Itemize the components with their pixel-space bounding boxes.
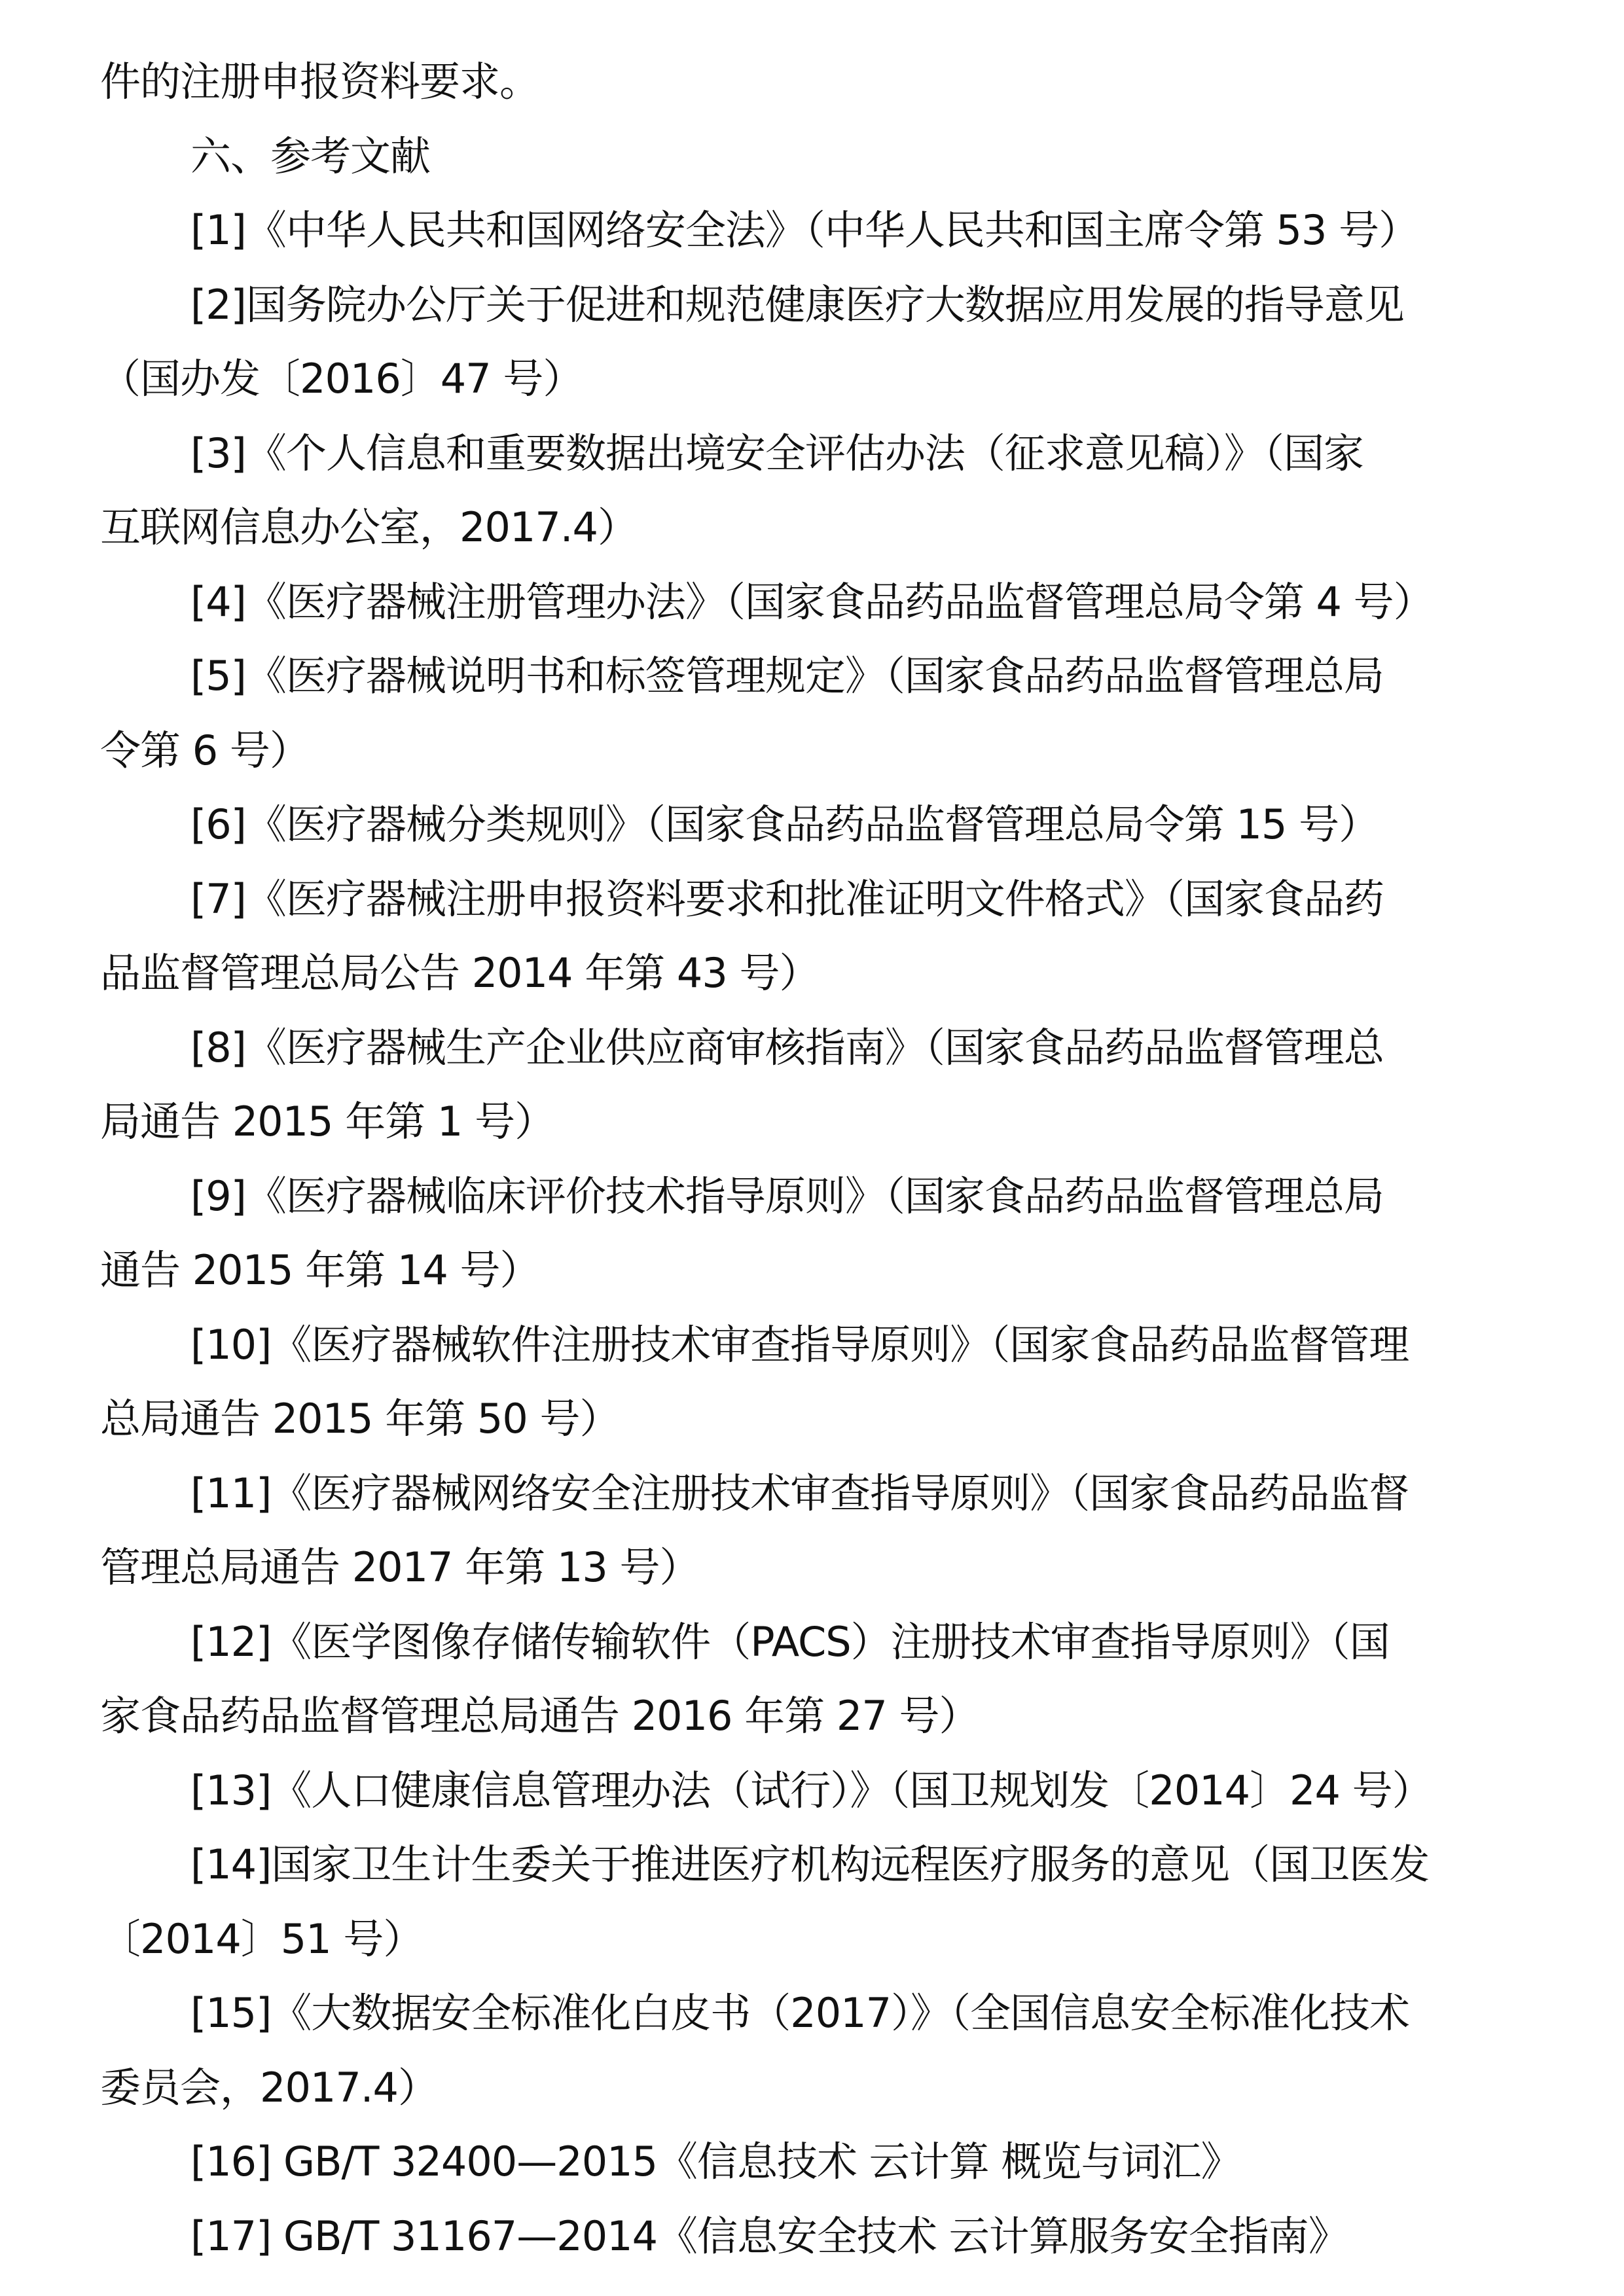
reference-3-cont: 互联网信息办公室，2017.4） <box>100 490 1540 565</box>
reference-9-cont: 通告 2015 年第 14 号） <box>100 1233 1540 1308</box>
reference-14-cont: 〔2014〕51 号） <box>100 1902 1540 1977</box>
reference-13: [13]《人口健康信息管理办法（试行）》（国卫规划发〔2014〕24 号） <box>100 1753 1540 1828</box>
document-page: 件的注册申报资料要求。 六、参考文献 [1]《中华人民共和国网络安全法》（中华人… <box>100 45 1540 2273</box>
reference-1: [1]《中华人民共和国网络安全法》（中华人民共和国主席令第 53 号） <box>100 193 1540 268</box>
reference-10: [10]《医疗器械软件注册技术审查指导原则》（国家食品药品监督管理 <box>100 1308 1540 1382</box>
reference-11-cont: 管理总局通告 2017 年第 13 号） <box>100 1530 1540 1605</box>
reference-10-cont: 总局通告 2015 年第 50 号） <box>100 1382 1540 1456</box>
reference-12-cont: 家食品药品监督管理总局通告 2016 年第 27 号） <box>100 1679 1540 1753</box>
reference-15: [15]《大数据安全标准化白皮书（2017）》（全国信息安全标准化技术 <box>100 1976 1540 2051</box>
reference-12: [12]《医学图像存储传输软件（PACS）注册技术审查指导原则》（国 <box>100 1605 1540 1679</box>
section-heading-references: 六、参考文献 <box>100 119 1540 194</box>
reference-8-cont: 局通告 2015 年第 1 号） <box>100 1085 1540 1159</box>
reference-4: [4]《医疗器械注册管理办法》（国家食品药品监督管理总局令第 4 号） <box>100 565 1540 639</box>
reference-11: [11]《医疗器械网络安全注册技术审查指导原则》（国家食品药品监督 <box>100 1456 1540 1531</box>
reference-16: [16] GB/T 32400—2015《信息技术 云计算 概览与词汇》 <box>100 2125 1540 2199</box>
reference-2-cont: （国办发〔2016〕47 号） <box>100 342 1540 416</box>
reference-7-cont: 品监督管理总局公告 2014 年第 43 号） <box>100 936 1540 1011</box>
reference-9: [9]《医疗器械临床评价技术指导原则》（国家食品药品监督管理总局 <box>100 1159 1540 1234</box>
reference-8: [8]《医疗器械生产企业供应商审核指南》（国家食品药品监督管理总 <box>100 1011 1540 1085</box>
paragraph-continuation: 件的注册申报资料要求。 <box>100 45 1540 119</box>
reference-5: [5]《医疗器械说明书和标签管理规定》（国家食品药品监督管理总局 <box>100 639 1540 713</box>
reference-15-cont: 委员会，2017.4） <box>100 2051 1540 2125</box>
reference-3: [3]《个人信息和重要数据出境安全评估办法（征求意见稿）》（国家 <box>100 416 1540 491</box>
reference-14: [14]国家卫生计生委关于推进医疗机构远程医疗服务的意见（国卫医发 <box>100 1827 1540 1902</box>
reference-6: [6]《医疗器械分类规则》（国家食品药品监督管理总局令第 15 号） <box>100 787 1540 862</box>
reference-5-cont: 令第 6 号） <box>100 713 1540 788</box>
reference-7: [7]《医疗器械注册申报资料要求和批准证明文件格式》（国家食品药 <box>100 862 1540 937</box>
reference-2: [2]国务院办公厅关于促进和规范健康医疗大数据应用发展的指导意见 <box>100 268 1540 342</box>
reference-17: [17] GB/T 31167—2014《信息安全技术 云计算服务安全指南》 <box>100 2199 1540 2274</box>
